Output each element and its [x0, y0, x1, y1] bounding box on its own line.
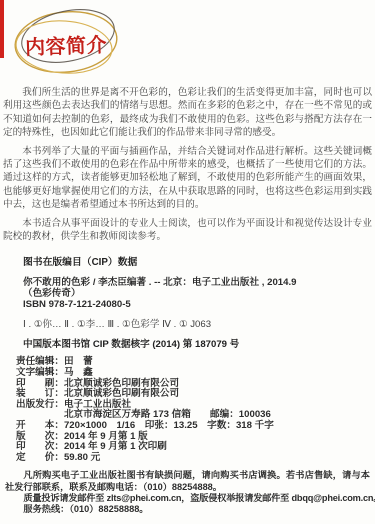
cip-title-line: 你不敢用的色彩 / 李杰臣编著 . -- 北京：电子工业出版社 , 2014.9 [23, 277, 372, 288]
page-edge-red-strip [0, 0, 4, 58]
notice-quality-email: 质量投诉请发邮件至 zlts@phei.com.cn，盗版侵权举报请发邮件至 d… [5, 493, 370, 504]
intro-paragraph: 我们所生活的世界是离不开色彩的，色彩让我们的生活变得更加丰富，同时也可以利用这些… [3, 86, 372, 140]
cip-isbn-line: ISBN 978-7-121-24080-5 [23, 299, 372, 310]
notice-service-hotline: 服务热线：（010）88258888。 [5, 504, 370, 515]
cip-series-line: （色彩传奇） [23, 288, 372, 299]
cip-data-block: 图书在版编目（CIP）数据 你不敢用的色彩 / 李杰臣编著 . -- 北京：电子… [23, 254, 372, 350]
content-intro-stamp: 内容简介 [12, 5, 120, 79]
page-content: 我们所生活的世界是离不开色彩的，色彩让我们的生活变得更加丰富，同时也可以利用这些… [3, 86, 372, 515]
cip-heading: 图书在版编目（CIP）数据 [23, 254, 372, 268]
cip-record-number-line: 中国版本图书馆 CIP 数据核字 (2014) 第 187079 号 [23, 339, 372, 350]
book-copyright-page: 内容简介 我们所生活的世界是离不开色彩的，色彩让我们的生活变得更加丰富，同时也可… [0, 0, 375, 524]
purchase-notices-block: 凡所购买电子工业出版社图书有缺损问题，请向购买书店调换。若书店售缺，请与本社发行… [5, 470, 370, 515]
content-intro-title: 内容简介 [12, 28, 121, 61]
intro-paragraph: 本书列举了大量的平面与插画作品，并结合关键词对作品进行解析。这些关键词概括了这些… [3, 145, 372, 212]
colophon-line-price: 定 价：59.80 元 [16, 453, 372, 464]
colophon-block: 责任编辑：田 蕾 文字编辑：马 鑫 印 刷：北京顺诚彩色印刷有限公司 装 订：北… [16, 357, 372, 463]
notice-replacement: 凡所购买电子工业出版社图书有缺损问题，请向购买书店调换。若书店售缺，请与本社发行… [5, 470, 370, 492]
intro-paragraph: 本书适合从事平面设计的专业人士阅读，也可以作为平面设计和视觉传达设计专业院校的教… [3, 217, 372, 244]
cip-classification-line: Ⅰ . ①你… Ⅱ . ①李… Ⅲ . ①色彩学 Ⅳ . ① J063 [23, 319, 372, 330]
